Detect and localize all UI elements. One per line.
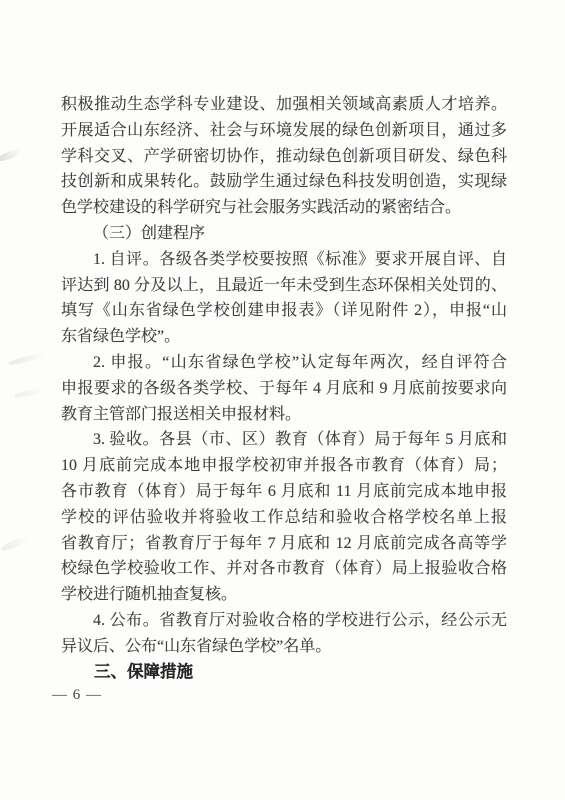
step-3-acceptance-line: 3. 验收。各县（市、区）教育（体育）局于每年 5 月底和 [61,427,507,453]
body-text-line: 各市教育（体育）局于每年 6 月底和 11 月底前完成本地申报 [61,479,507,505]
document-page: 积极推动生态学科专业建设、加强相关领域高素质人才培养。 开展适合山东经济、社会与… [0,0,565,800]
body-text-line: 教育主管部门报送相关申报材料。 [61,402,507,428]
body-text-line: 省教育厅；省教育厅于每年 7 月底和 12 月底前完成各高等学 [61,531,507,557]
body-text-line: 东省绿色学校”。 [61,324,507,350]
body-text-line: 学校的评估验收并将验收工作总结和验收合格学校名单上报 [61,505,507,531]
body-text-line: 异议后、公布“山东省绿色学校”名单。 [61,634,507,660]
body-text-line: 校绿色学校验收工作、并对各市教育（体育）局上报验收合格 [61,556,507,582]
body-text-line: 学校进行随机抽查复核。 [61,582,507,608]
body-text-line: 技创新和成果转化。鼓励学生通过绿色科技发明创造，实现绿 [61,169,507,195]
scan-artifact [14,387,45,399]
step-1-self-evaluation-line: 1. 自评。各级各类学校要按照《标准》要求开展自评、自 [61,247,507,273]
body-text-line: 申报要求的各级各类学校、于每年 4 月底和 9 月底前按要求向 [61,376,507,402]
step-2-application-line: 2. 申报。“山东省绿色学校”认定每年两次，经自评符合 [61,350,507,376]
body-text-line: 10 月底前完成本地申报学校初审并报各市教育（体育）局； [61,453,507,479]
document-text-block: 积极推动生态学科专业建设、加强相关领域高素质人才培养。 开展适合山东经济、社会与… [61,92,507,685]
step-4-announcement-line: 4. 公布。省教育厅对验收合格的学校进行公示，经公示无 [61,608,507,634]
body-text-line: 学科交叉、产学研密切协作，推动绿色创新项目研发、绿色科 [61,144,507,170]
body-text-line: 评达到 80 分及以上，且最近一年未受到生态环保相关处罚的、 [61,273,507,299]
scan-artifact [0,534,30,553]
scan-artifact [0,148,22,163]
scan-artifact [8,351,46,366]
body-text-line: 填写《山东省绿色学校创建申报表》（详见附件 2），申报“山 [61,298,507,324]
body-text-line: 开展适合山东经济、社会与环境发展的绿色创新项目，通过多 [61,118,507,144]
subsection-heading-creation-procedure: （三）创建程序 [61,221,507,247]
section-heading-safeguard-measures: 三、保障措施 [61,660,507,686]
body-text-line: 积极推动生态学科专业建设、加强相关领域高素质人才培养。 [61,92,507,118]
body-text-line: 色学校建设的科学研究与社会服务实践活动的紧密结合。 [61,195,507,221]
page-number: — 6 — [52,687,102,704]
